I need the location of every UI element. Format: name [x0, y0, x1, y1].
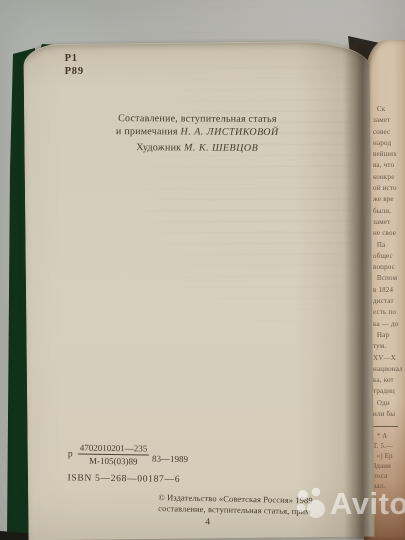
facing-page-text-fragment: XV—X [373, 353, 405, 364]
facing-page-text-fragment: Па [373, 240, 405, 251]
show-through-texture [135, 62, 356, 333]
facing-page-text-fragment: общес [373, 251, 405, 262]
facing-page-text-fragment: Нар [373, 330, 405, 341]
credits-block: Составление, вступительная статья и прим… [54, 113, 340, 156]
facing-page-text-fragment: ка, кот [373, 375, 405, 386]
isbn: ISBN 5—268—00187—6 [67, 473, 187, 485]
photo-scene: Скзаметсовеснародвейшихва, чтоконкреой и… [0, 0, 405, 540]
footnote-divider [372, 426, 398, 427]
facing-page-text-fragment: тум. [373, 341, 405, 352]
credits-line3: Художник М. К. ШЕВЦОВ [54, 142, 340, 156]
library-classification: Р1 Р89 [65, 52, 84, 78]
facing-page-text-fragment: дистат [373, 296, 405, 307]
facing-page-footnote-fragment: * А [373, 432, 405, 442]
facing-page-text-fragment: в 1824 [373, 285, 405, 296]
facing-page-footnote-fragment: Т. 5.— [373, 442, 405, 452]
classification-code: Р1 [65, 52, 84, 65]
facing-page-text-fragment: национал [373, 364, 405, 375]
facing-page-text-fragment: совес [373, 127, 405, 138]
facing-page-text: Скзаметсовеснародвейшихва, чтоконкреой и… [373, 104, 405, 420]
facing-page-footnotes: * АТ. 5.— «) ЕрЗданипослвал. [373, 432, 405, 492]
author-mark: Р89 [65, 65, 84, 78]
facing-page-text-fragment: же вре [373, 194, 405, 205]
formula-numerator: 4702010201—235 [78, 443, 150, 456]
formula-fraction: 4702010201—235 М-105(03)89 [77, 443, 149, 467]
facing-page-text-fragment: есть по [373, 307, 405, 318]
facing-page-footnote-fragment: «) Ер [373, 452, 405, 462]
avito-watermark: Avito [294, 485, 405, 521]
book-imprint-page: Р1 Р89 Составление, вступительная статья… [23, 41, 374, 540]
facing-page-text-fragment: Вспом [373, 273, 405, 284]
formula-denominator: М-105(03)89 [77, 455, 149, 467]
compiler-name: Н. А. ЛИСТИКОВОЙ [180, 126, 278, 138]
facing-page-text-fragment: Одн [373, 398, 405, 409]
formula-prefix: р [68, 449, 73, 459]
facing-page-text-fragment: были, [373, 206, 405, 217]
facing-page-text-fragment: или бы [373, 409, 405, 420]
formula-suffix: 83—1989 [152, 454, 188, 465]
facing-page-text-fragment: традиц [373, 386, 405, 397]
facing-page-text-fragment: замет [373, 115, 405, 126]
facing-page-text-fragment: конкре [373, 172, 405, 183]
avito-wordmark: Avito [330, 488, 405, 519]
facing-page-text-fragment: вопрос [373, 262, 405, 273]
credits-line2: и примечания Н. А. ЛИСТИКОВОЙ [54, 125, 340, 139]
gutter-shadow [344, 44, 370, 540]
catalog-formula: р 4702010201—235 М-105(03)89 83—1989 [68, 442, 189, 467]
facing-page-text-fragment: замет [373, 217, 405, 228]
avito-logo-icon [294, 485, 328, 521]
facing-page-text-fragment: ой исто [373, 183, 405, 194]
facing-page-text-fragment: ка — до [373, 319, 405, 330]
facing-page-footnote-fragment: Здани [373, 462, 405, 472]
facing-page-text-fragment: ва, что [373, 160, 405, 171]
imprint-block: р 4702010201—235 М-105(03)89 83—1989 ISB… [67, 442, 188, 485]
facing-page-text-fragment: вейших [373, 149, 405, 160]
facing-page-footnote-fragment: посл [373, 472, 405, 482]
artist-name: М. К. ШЕВЦОВ [184, 142, 258, 153]
facing-page-text-fragment: Ск [373, 104, 405, 115]
page-number: 4 [205, 517, 210, 527]
facing-page-text-fragment: народ [373, 138, 405, 149]
facing-page-text-fragment: не свое [373, 228, 405, 239]
